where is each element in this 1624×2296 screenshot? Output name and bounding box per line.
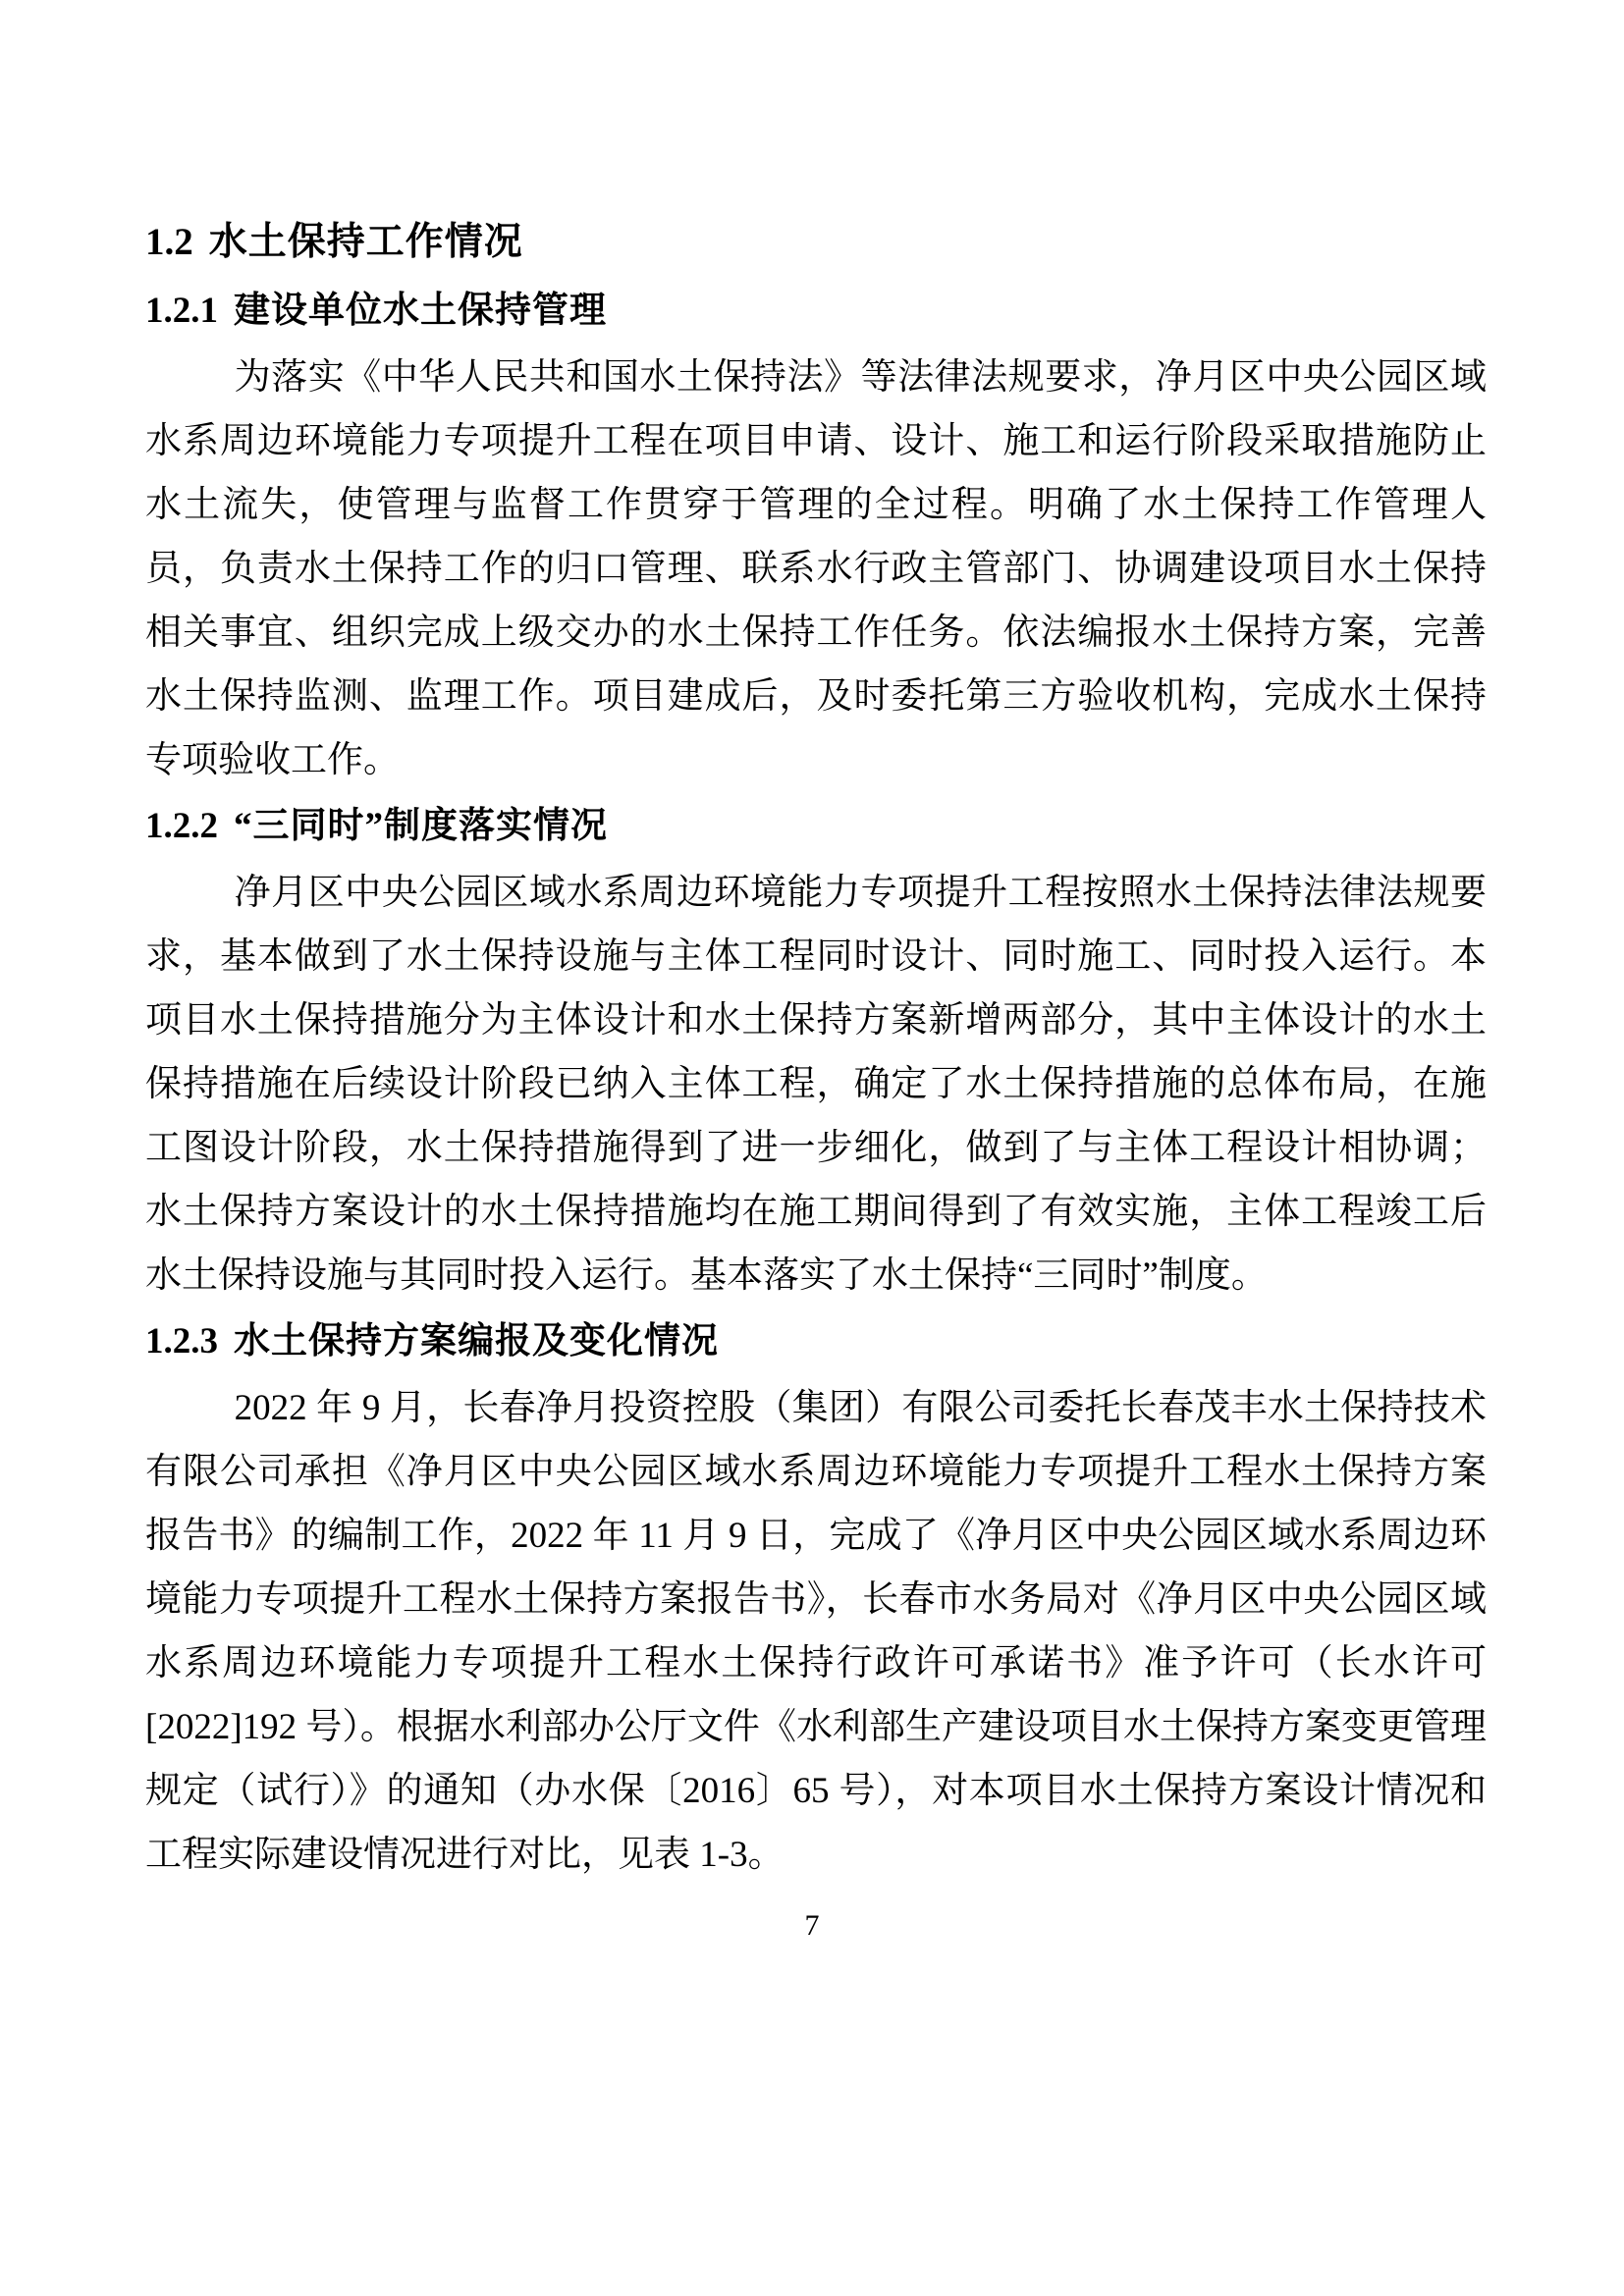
paragraph-1-2-3: 2022 年 9 月，长春净月投资控股（集团）有限公司委托长春茂丰水土保持技术有… <box>145 1376 1487 1887</box>
section-number: 1.2.2 <box>145 792 218 861</box>
section-title: 水土保持方案编报及变化情况 <box>234 1321 719 1362</box>
section-number: 1.2 <box>145 208 193 277</box>
section-heading-1-2: 1.2水土保持工作情况 <box>145 208 1487 277</box>
section-number: 1.2.1 <box>145 277 218 346</box>
section-heading-1-2-3: 1.2.3水土保持方案编报及变化情况 <box>145 1308 1487 1376</box>
page-content: 1.2水土保持工作情况 1.2.1建设单位水土保持管理 为落实《中华人民共和国水… <box>145 208 1487 1887</box>
section-title: 水土保持工作情况 <box>209 221 523 263</box>
document-page: 1.2水土保持工作情况 1.2.1建设单位水土保持管理 为落实《中华人民共和国水… <box>0 0 1624 2296</box>
page-number: 7 <box>0 1906 1624 1946</box>
paragraph-1-2-2: 净月区中央公园区域水系周边环境能力专项提升工程按照水土保持法律法规要求，基本做到… <box>145 861 1487 1308</box>
section-heading-1-2-1: 1.2.1建设单位水土保持管理 <box>145 277 1487 346</box>
section-title: 建设单位水土保持管理 <box>234 291 607 331</box>
section-number: 1.2.3 <box>145 1308 218 1376</box>
section-title: “三同时”制度落实情况 <box>234 806 608 846</box>
paragraph-1-2-1: 为落实《中华人民共和国水土保持法》等法律法规要求，净月区中央公园区域水系周边环境… <box>145 346 1487 792</box>
section-heading-1-2-2: 1.2.2“三同时”制度落实情况 <box>145 792 1487 861</box>
